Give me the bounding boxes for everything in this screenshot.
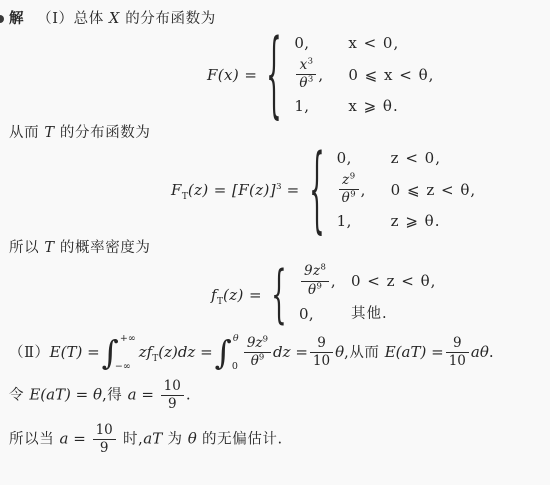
fraction: 109 bbox=[161, 379, 184, 412]
intro-text: 的分布函数为 bbox=[120, 11, 216, 27]
transition-line-T-pdf: 所以 T 的概率密度为 bbox=[9, 238, 540, 259]
integral-lower-limit: −∞ bbox=[115, 362, 131, 372]
case-condition: z ⩾ θ. bbox=[391, 212, 441, 230]
variable-T: T bbox=[44, 240, 54, 256]
equation-distribution-FT: FT(z) = [F(z)]3 = { 0, z < 0, z9 θ9 , 0 … bbox=[171, 149, 540, 230]
case-condition: z < 0, bbox=[391, 149, 441, 167]
case-value: 9z8 θ9 , bbox=[299, 264, 351, 297]
text: 所以 bbox=[9, 240, 44, 256]
case-value: x3 θ3 , bbox=[294, 58, 348, 91]
integral-lower-limit: 0 bbox=[232, 362, 238, 372]
E-aT-equals: E(aT) = bbox=[385, 343, 444, 361]
numerator: 9z bbox=[304, 263, 321, 279]
lhs-middle: (z) = bbox=[223, 286, 262, 304]
case-row: z9 θ9 , 0 ⩽ z < θ, bbox=[337, 173, 476, 206]
denominator: 9 bbox=[93, 439, 116, 456]
margin-bullet bbox=[0, 15, 4, 23]
expectation-line: （Ⅱ）E(T) =∫+∞−∞zfT(z)dz =∫θ09z9θ9dz =910θ… bbox=[9, 334, 540, 372]
denominator: θ bbox=[299, 75, 308, 91]
solution-document: 解（Ⅰ）总体 X 的分布函数为 F(x) = { 0, x < 0, x3 θ3… bbox=[0, 0, 550, 456]
numerator: 9 bbox=[310, 336, 333, 352]
case-row: 1, z ⩾ θ. bbox=[337, 212, 476, 230]
E-aT-equals-theta: E(aT) = θ bbox=[29, 385, 102, 403]
case-row: x3 θ3 , 0 ⩽ x < θ, bbox=[294, 58, 434, 91]
numerator: 10 bbox=[161, 379, 184, 395]
part1-label: （Ⅰ）总体 bbox=[37, 11, 109, 27]
case-row: 0, 其他. bbox=[299, 304, 436, 325]
numerator-exponent: 3 bbox=[308, 57, 313, 67]
text: 的概率密度为 bbox=[55, 240, 151, 256]
case-rows: 0, x < 0, x3 θ3 , 0 ⩽ x < θ, 1, x ⩾ θ. bbox=[294, 34, 434, 115]
integral-upper-limit: θ bbox=[233, 334, 239, 344]
numerator-exponent: 9 bbox=[350, 172, 355, 182]
solve-label: 解 bbox=[9, 10, 24, 27]
numerator: 10 bbox=[93, 423, 116, 439]
case-condition: x ⩾ θ. bbox=[348, 97, 398, 115]
text: 时, bbox=[118, 432, 144, 448]
equation-lhs: fT(z) = bbox=[211, 286, 262, 304]
case-row: 1, x ⩾ θ. bbox=[294, 97, 434, 115]
denominator: θ bbox=[342, 190, 351, 206]
numerator-exponent: 9 bbox=[263, 335, 268, 345]
variable-T: T bbox=[44, 125, 54, 141]
case-value: 0, bbox=[299, 305, 351, 323]
integrand-rest: (z)dz = bbox=[158, 343, 212, 361]
fraction: z9 θ9 bbox=[339, 173, 359, 206]
integrand: zf bbox=[139, 343, 152, 361]
equation-density-fT: fT(z) = { 9z8 θ9 , 0 < z < θ, 0, 其他. bbox=[211, 264, 540, 324]
integral: ∫+∞−∞ bbox=[102, 334, 136, 372]
fraction: 109 bbox=[93, 423, 116, 456]
numerator: 9z bbox=[247, 335, 263, 351]
fraction: 910 bbox=[310, 336, 333, 369]
variable-X: X bbox=[109, 11, 120, 27]
case-condition: x < 0, bbox=[348, 34, 399, 52]
case-row: 9z8 θ9 , 0 < z < θ, bbox=[299, 264, 436, 297]
case-row: 0, x < 0, bbox=[294, 34, 434, 52]
theta: θ bbox=[335, 343, 344, 361]
theta: θ bbox=[188, 430, 197, 448]
comma: , bbox=[331, 272, 336, 290]
left-brace: { bbox=[271, 263, 287, 326]
text: ,得 bbox=[102, 387, 128, 403]
denominator: θ bbox=[251, 353, 259, 369]
text: 所以当 bbox=[9, 432, 60, 448]
denominator: 10 bbox=[310, 352, 333, 369]
numerator: z bbox=[342, 172, 350, 188]
variable-a: a bbox=[128, 385, 137, 403]
variable-aT: aT bbox=[143, 430, 162, 448]
denominator-exponent: 9 bbox=[350, 190, 355, 200]
case-condition: 0 < z < θ, bbox=[351, 272, 436, 290]
lhs-middle: (z) = [F(z)] bbox=[188, 181, 276, 199]
equals: = bbox=[281, 181, 299, 199]
denominator-exponent: 9 bbox=[316, 281, 321, 291]
case-row: 0, z < 0, bbox=[337, 149, 476, 167]
denominator-exponent: 3 bbox=[308, 75, 313, 85]
numerator-exponent: 8 bbox=[320, 263, 325, 273]
text: 从而 bbox=[9, 125, 44, 141]
numerator: 9 bbox=[446, 336, 469, 352]
part2-label: （Ⅱ） bbox=[9, 345, 50, 361]
case-rows: 9z8 θ9 , 0 < z < θ, 0, 其他. bbox=[299, 264, 436, 324]
left-brace: { bbox=[309, 143, 325, 237]
denominator-exponent: 9 bbox=[259, 353, 264, 363]
equals: = bbox=[68, 430, 90, 448]
solve-a-line: 令 E(aT) = θ,得 a = 109. bbox=[9, 379, 540, 412]
case-condition: 0 ⩽ x < θ, bbox=[348, 66, 434, 84]
integral-upper-limit: +∞ bbox=[120, 334, 136, 344]
equals: = bbox=[137, 385, 159, 403]
fraction: 9z9θ9 bbox=[244, 336, 271, 369]
fraction: x3 θ3 bbox=[296, 58, 316, 91]
E-T-equals: E(T) = bbox=[50, 343, 100, 361]
period: . bbox=[186, 385, 191, 403]
text: 的分布函数为 bbox=[55, 125, 151, 141]
left-brace: { bbox=[266, 28, 282, 122]
text: 的无偏估计. bbox=[197, 432, 283, 448]
comma: , bbox=[361, 181, 366, 199]
fraction: 9z8 θ9 bbox=[301, 264, 329, 297]
dz-equals: dz = bbox=[273, 343, 308, 361]
period: . bbox=[489, 343, 494, 361]
case-condition: 其他. bbox=[351, 304, 388, 325]
case-value: 0, bbox=[337, 149, 391, 167]
case-value: 1, bbox=[294, 97, 348, 115]
case-condition: 0 ⩽ z < θ, bbox=[391, 181, 476, 199]
numerator: x bbox=[300, 57, 308, 73]
comma: , bbox=[318, 66, 323, 84]
text: 为 bbox=[162, 432, 188, 448]
case-value: 0, bbox=[294, 34, 348, 52]
function-F: F bbox=[171, 181, 182, 199]
case-value: z9 θ9 , bbox=[337, 173, 391, 206]
case-rows: 0, z < 0, z9 θ9 , 0 ⩽ z < θ, 1, z ⩾ θ. bbox=[337, 149, 476, 230]
equation-distribution-F: F(x) = { 0, x < 0, x3 θ3 , 0 ⩽ x < θ, 1,… bbox=[207, 34, 540, 115]
case-value: 1, bbox=[337, 212, 391, 230]
fraction: 910 bbox=[446, 336, 469, 369]
denominator: 10 bbox=[446, 352, 469, 369]
equation-lhs: F(x) = bbox=[207, 66, 257, 84]
text: 令 bbox=[9, 387, 29, 403]
text: ,从而 bbox=[344, 345, 385, 361]
equation-lhs: FT(z) = [F(z)]3 = bbox=[171, 181, 300, 199]
integral-sign: ∫ bbox=[215, 337, 232, 368]
a-theta: aθ bbox=[471, 343, 489, 361]
denominator: 9 bbox=[161, 395, 184, 412]
conclusion-line: 所以当 a = 109 时,aT 为 θ 的无偏估计. bbox=[9, 423, 540, 456]
integral: ∫θ0 bbox=[215, 334, 239, 372]
